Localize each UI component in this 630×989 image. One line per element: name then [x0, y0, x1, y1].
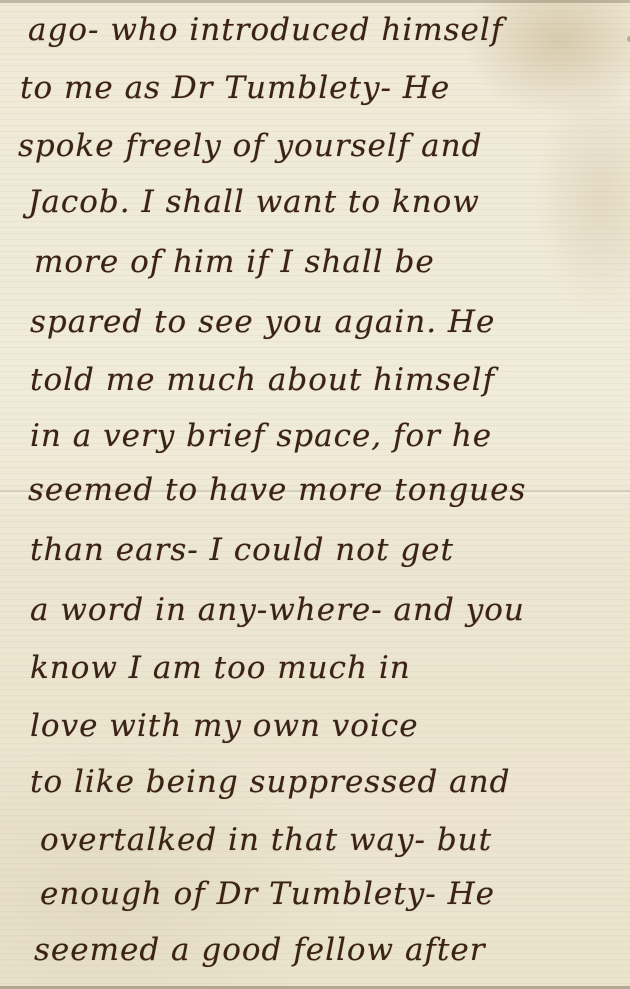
- text-line-14: to like being suppressed and: [30, 764, 510, 800]
- text-line-10: than ears- I could not get: [30, 532, 454, 568]
- text-line-12: know I am too much in: [30, 650, 411, 686]
- text-line-9: seemed to have more tongues: [28, 472, 526, 508]
- text-line-16: enough of Dr Tumblety- He: [40, 876, 495, 912]
- text-line-15: overtalked in that way- but: [40, 822, 492, 858]
- letter-page: ago- who introduced himself to me as Dr …: [0, 0, 630, 989]
- text-line-1: ago- who introduced himself: [28, 12, 503, 48]
- text-line-11: a word in any-where- and you: [30, 592, 525, 628]
- text-line-4: Jacob. I shall want to know: [28, 184, 480, 220]
- handwritten-text: ago- who introduced himself to me as Dr …: [0, 0, 630, 989]
- text-line-5: more of him if I shall be: [34, 244, 435, 280]
- text-line-7: told me much about himself: [30, 362, 495, 398]
- text-line-8: in a very brief space, for he: [30, 418, 492, 454]
- text-line-6: spared to see you again. He: [30, 304, 495, 340]
- text-line-13: love with my own voice: [30, 708, 419, 744]
- text-line-3: spoke freely of yourself and: [18, 128, 482, 164]
- text-line-17: seemed a good fellow after: [34, 932, 486, 968]
- text-line-2: to me as Dr Tumblety- He: [20, 70, 450, 106]
